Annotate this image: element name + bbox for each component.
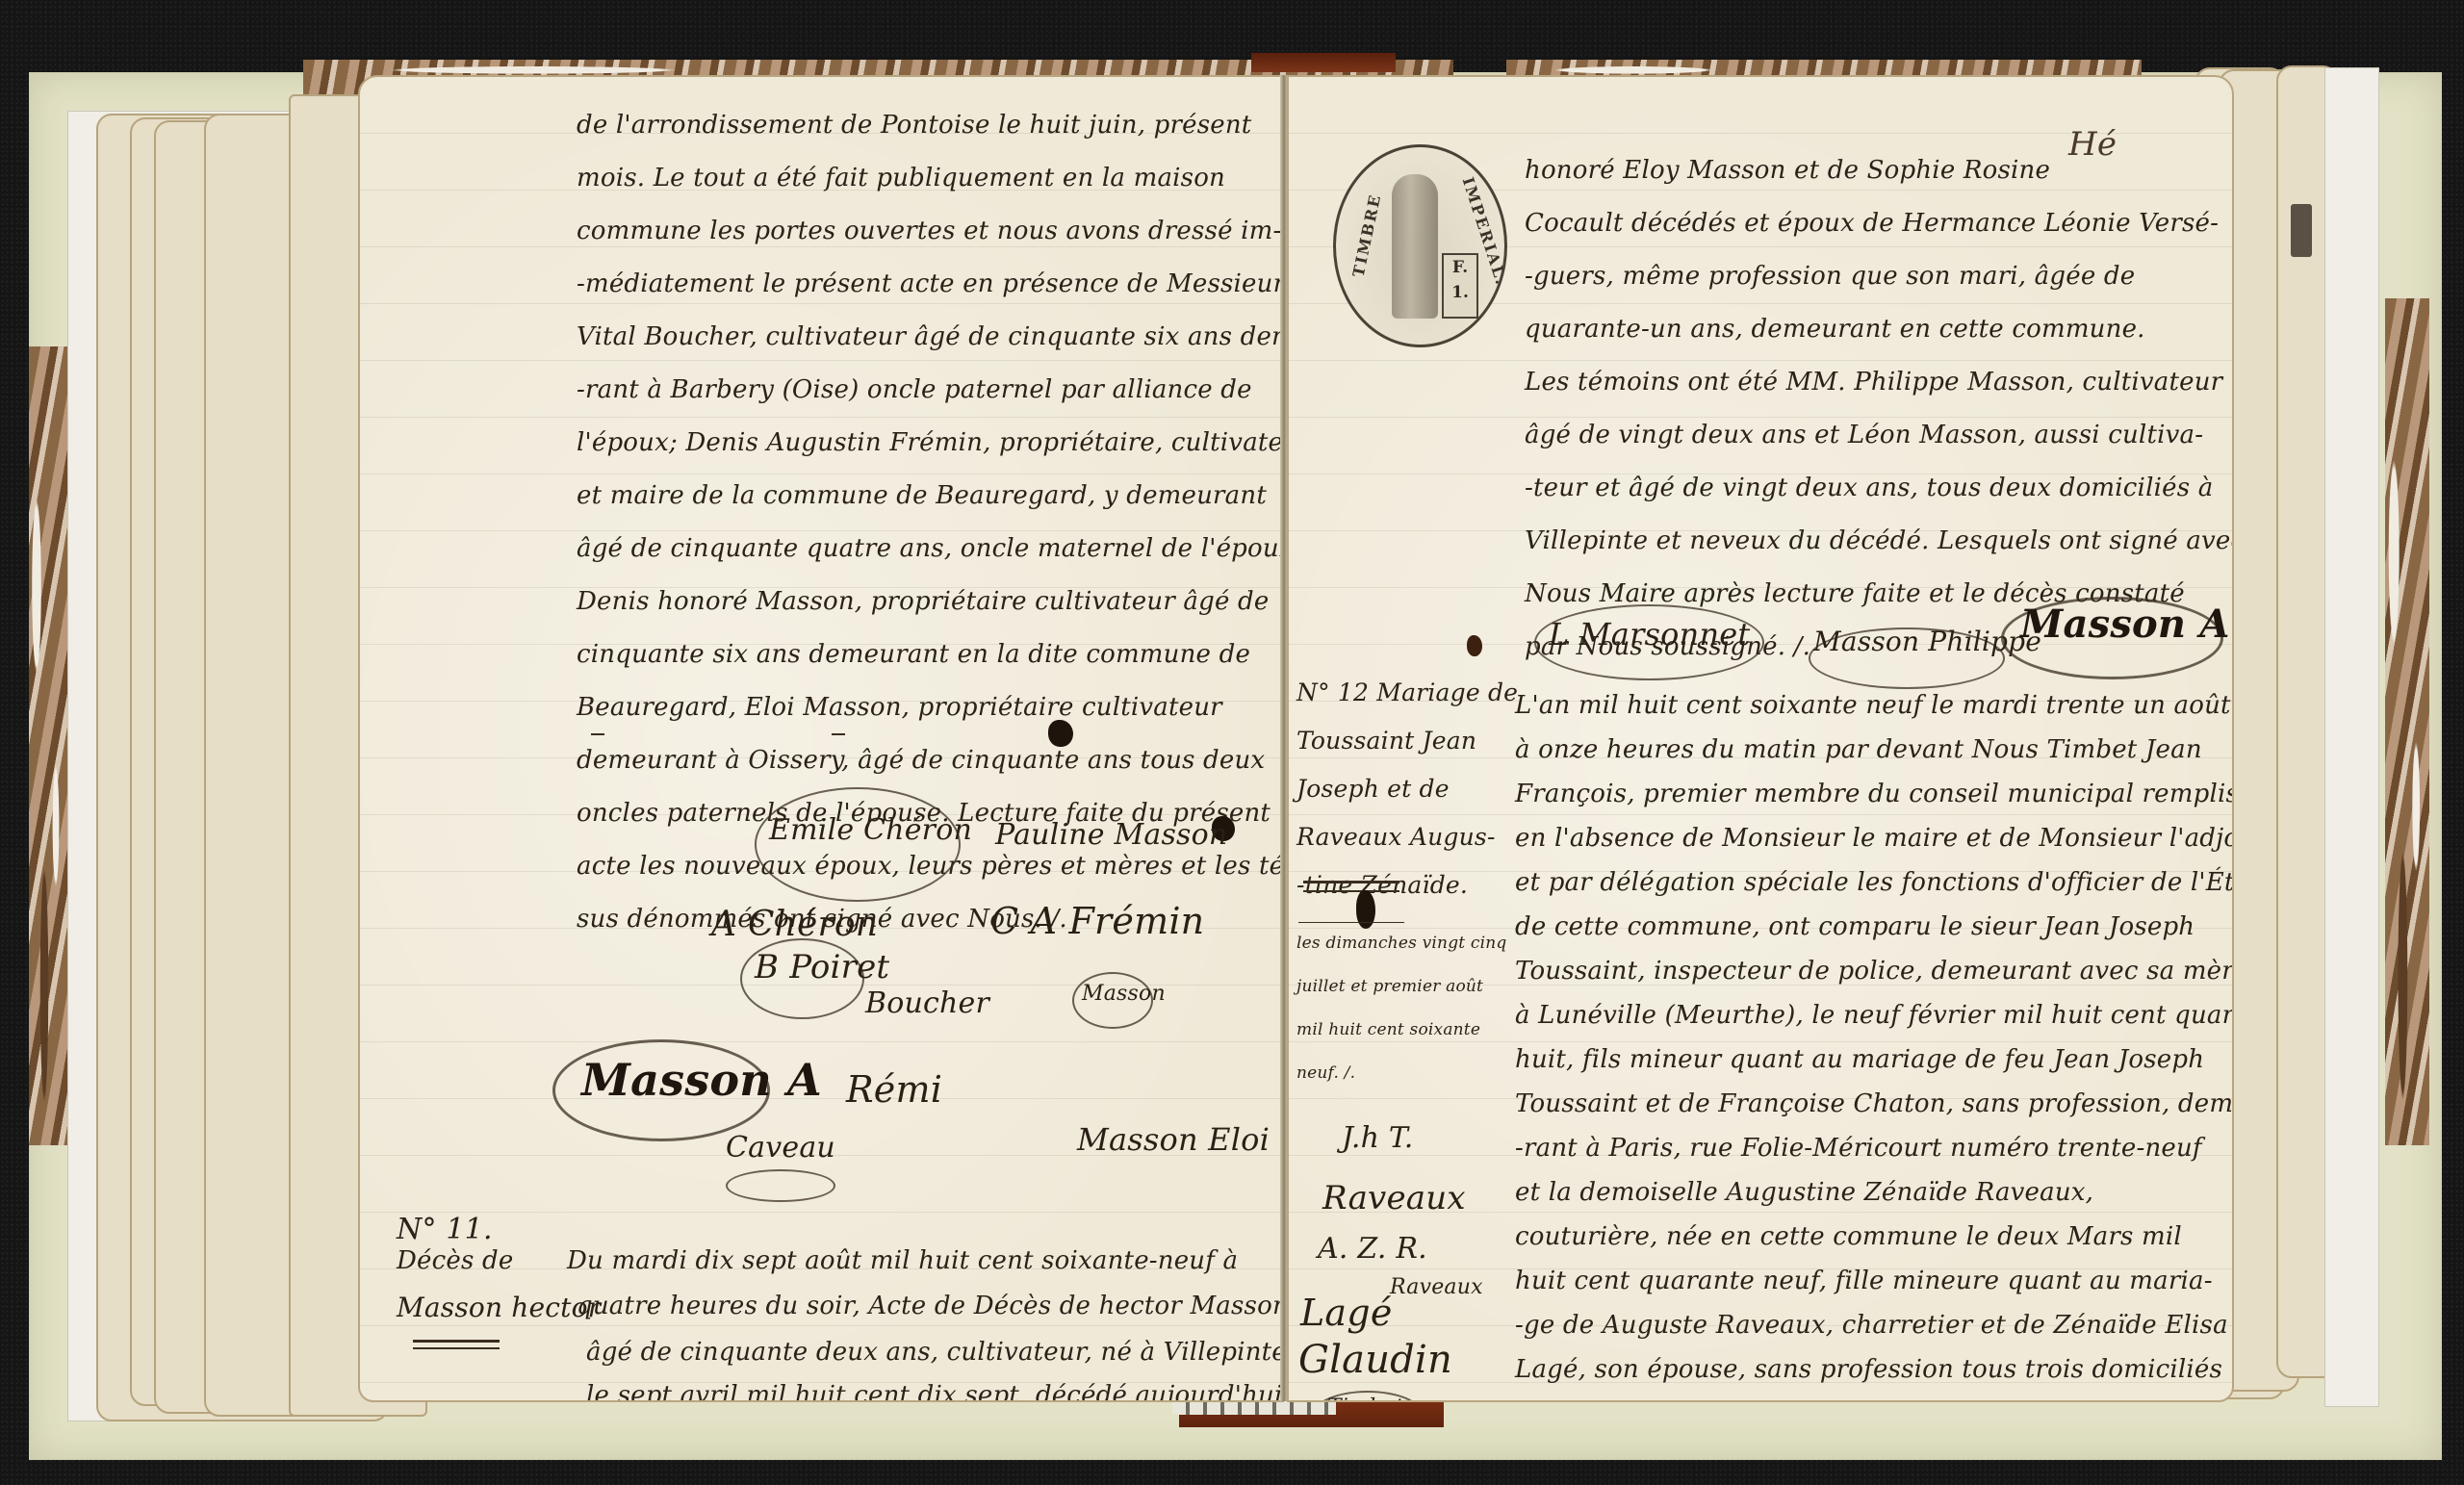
text-line: l'époux; Denis Augustin Frémin, propriét… (577, 428, 1284, 457)
text-line: Toussaint, inspecteur de police, demeura… (1515, 957, 2234, 986)
text-line: L'an mil huit cent soixante neuf le mard… (1515, 691, 2231, 720)
entry-title: Joseph et de (1296, 775, 1450, 803)
signature: Rémi (846, 1068, 942, 1111)
signature: B Poiret (755, 948, 889, 986)
imperial-tax-stamp: TIMBRE IMPERIAL. F. 1. (1333, 144, 1507, 347)
margin-signature: Timbet (1327, 1395, 1404, 1402)
margin-signature: J.h T. (1342, 1121, 1413, 1155)
margin-signature: Lagé (1300, 1292, 1393, 1334)
stamp-denomination-prefix: F. (1444, 255, 1476, 280)
dash-mark (832, 733, 845, 735)
entry-title: Décès de (397, 1246, 513, 1275)
ink-blot (1048, 720, 1073, 747)
text-line: huit, fils mineur quant au mariage de fe… (1515, 1045, 2204, 1074)
signature: Emile Chéron (769, 813, 972, 847)
text-line: en cette commune; lesquels assistés de l… (1515, 1399, 2195, 1402)
entry-title: N° 12 Mariage de (1296, 678, 1518, 706)
stamp-denomination-value: 1. (1444, 280, 1476, 305)
ink-blot (1467, 635, 1482, 656)
text-line: de cette commune, ont comparu le sieur J… (1515, 912, 2194, 941)
margin-annotation: Hé (2068, 125, 2117, 164)
signature: Masson A (2020, 602, 2230, 647)
publication-note: mil huit cent soixante (1296, 1020, 1480, 1039)
text-line: à onze heures du matin par devant Nous T… (1515, 735, 2202, 764)
double-rule (1303, 890, 1399, 892)
text-line: Du mardi dix sept août mil huit cent soi… (567, 1246, 1238, 1275)
text-line: le sept avril mil huit cent dix sept, dé… (586, 1381, 1282, 1402)
signature: Pauline Masson (995, 818, 1227, 852)
stamp-text: TIMBRE (1349, 192, 1385, 278)
text-line: commune les portes ouvertes et nous avon… (577, 217, 1281, 245)
text-line: -médiatement le présent acte en présence… (577, 269, 1284, 298)
double-rule (413, 1340, 500, 1343)
margin-signature: A. Z. R. (1318, 1232, 1427, 1266)
double-rule (1303, 881, 1399, 883)
text-line: âgé de cinquante deux ans, cultivateur, … (586, 1338, 1284, 1367)
stamp-denomination: F. 1. (1442, 253, 1478, 319)
justice-figure-icon (1392, 174, 1438, 319)
text-line: quarante-un ans, demeurant en cette comm… (1525, 315, 2145, 344)
text-line: -rant à Paris, rue Folie-Méricourt numér… (1515, 1134, 2202, 1163)
signature: Masson (1082, 982, 1166, 1006)
signature-flourish (726, 1169, 835, 1202)
flyleaf-right (2324, 67, 2379, 1407)
publication-note: les dimanches vingt cinq (1296, 934, 1507, 953)
signature: L Marsonnet (1549, 616, 1750, 653)
publication-note: neuf. /. (1296, 1063, 1355, 1083)
text-line: honoré Eloy Masson et de Sophie Rosine (1525, 156, 2050, 185)
signature: C A Frémin (990, 900, 1204, 942)
text-line: -ge de Auguste Raveaux, charretier et de… (1515, 1311, 2228, 1340)
left-page: de l'arrondissement de Pontoise le huit … (358, 75, 1284, 1402)
entry-number: N° 11. (397, 1213, 493, 1246)
text-line: et la demoiselle Augustine Zénaïde Ravea… (1515, 1178, 2093, 1207)
text-line: mois. Le tout a été fait publiquement en… (577, 164, 1225, 192)
marbled-endpaper-left (29, 346, 67, 1145)
text-line: Cocault décédés et époux de Hermance Léo… (1525, 209, 2219, 238)
text-line: -teur et âgé de vingt deux ans, tous deu… (1525, 474, 2213, 502)
text-line: Lagé, son épouse, sans profession tous t… (1515, 1355, 2222, 1384)
double-rule (413, 1347, 500, 1349)
text-line: -guers, même profession que son mari, âg… (1525, 262, 2135, 291)
text-line: Villepinte et neveux du décédé. Lesquels… (1525, 526, 2234, 555)
text-line: à Lunéville (Meurthe), le neuf février m… (1515, 1001, 2234, 1030)
dash-mark (591, 733, 604, 735)
spine-leather-top (1251, 53, 1396, 72)
ink-tab-mark (2291, 204, 2312, 257)
margin-signature: Raveaux (1322, 1179, 1466, 1217)
text-line: huit cent quarante neuf, fille mineure q… (1515, 1267, 2213, 1295)
entry-title: Masson hector (397, 1292, 601, 1323)
text-line: Denis honoré Masson, propriétaire cultiv… (577, 587, 1269, 616)
text-line: et par délégation spéciale les fonctions… (1515, 868, 2234, 897)
text-line: Les témoins ont été MM. Philippe Masson,… (1525, 368, 2222, 397)
signature: Boucher (865, 986, 989, 1020)
text-line: Toussaint et de Françoise Chaton, sans p… (1515, 1089, 2234, 1118)
text-line: François, premier membre du conseil muni… (1515, 780, 2234, 808)
publication-note: juillet et premier août (1296, 977, 1483, 996)
text-line: âgé de cinquante quatre ans, oncle mater… (577, 534, 1284, 563)
text-line: demeurant à Oissery, âgé de cinquante an… (577, 746, 1265, 775)
margin-signature: Glaudin (1298, 1338, 1452, 1382)
text-line: cinquante six ans demeurant en la dite c… (577, 640, 1250, 669)
signature: Caveau (726, 1131, 835, 1165)
text-line: en l'absence de Monsieur le maire et de … (1515, 824, 2234, 853)
margin-signature: Raveaux (1390, 1275, 1483, 1299)
text-line: quatre heures du soir, Acte de Décès de … (577, 1292, 1284, 1320)
text-line: -rant à Barbery (Oise) oncle paternel pa… (577, 375, 1252, 404)
marbled-endpaper-right (2385, 298, 2429, 1145)
text-line: de l'arrondissement de Pontoise le huit … (577, 111, 1251, 140)
text-line: couturière, née en cette commune le deux… (1515, 1222, 2182, 1251)
entry-title: Toussaint Jean (1296, 727, 1476, 755)
text-line: et maire de la commune de Beauregard, y … (577, 481, 1267, 510)
entry-title: -tine Zénaïde. (1296, 871, 1468, 899)
signature: Masson A (581, 1054, 822, 1106)
signature: Masson Eloi (1077, 1121, 1270, 1158)
margin-rule (1298, 922, 1404, 923)
text-line: âgé de vingt deux ans et Léon Masson, au… (1525, 421, 2203, 449)
entry-title: Raveaux Augus- (1296, 823, 1496, 851)
ink-blot (1356, 890, 1375, 929)
text-line: Vital Boucher, cultivateur âgé de cinqua… (577, 322, 1284, 351)
text-line: Beauregard, Eloi Masson, propriétaire cu… (577, 693, 1222, 722)
